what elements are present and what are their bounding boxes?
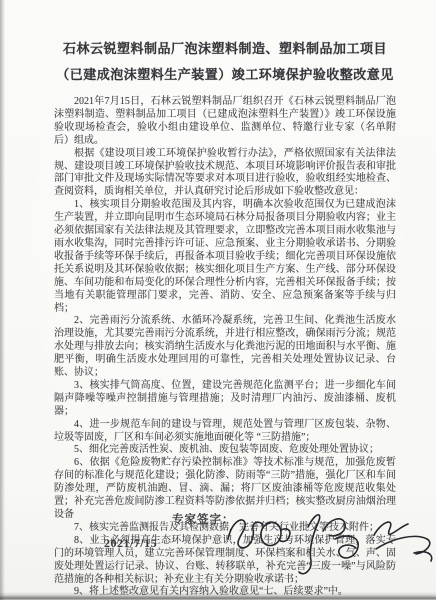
scanned-document-page: 石林云锐塑料制品厂泡沫塑料制造、塑料制品加工项目 （已建成泡沫塑料生产装置）竣工…: [0, 0, 436, 600]
handwritten-signature-2: [299, 515, 358, 574]
document-date: 2021/7/15: [104, 536, 157, 551]
body-paragraph: 9、将上述整改意见有关内容纳入验收意见“七、后续要求”中。: [54, 586, 396, 599]
body-paragraph: 5、细化完善废活性炭、废机油、废包装等固废、危废处理处置协议；: [54, 444, 396, 457]
handwritten-signatures: [218, 503, 436, 581]
handwritten-signature-3: [374, 522, 432, 561]
body-paragraph: 1、核实项目分期验收范围及其内容，明确本次验收范围仅为已建成泡沫生产装置，并立即…: [54, 199, 396, 315]
body-paragraph: 4、进一步规范车间的建设与管理，规范处置与管理厂区废包装、杂物、垃圾等固废，厂区…: [54, 419, 396, 445]
handwritten-signature-1: [228, 520, 290, 548]
body-paragraph: 2、完善雨污分流系统、水循环冷凝系统，完善卫生间、化粪池生活废水治理设施，尤其要…: [54, 315, 396, 380]
body-paragraph: 3、核实排气筒高度、位置，建设完善规范化监测平台；进一步细化车间隔声降噪等噪声控…: [54, 380, 396, 419]
document-title-line1: 石林云锐塑料制品厂泡沫塑料制造、塑料制品加工项目: [54, 36, 396, 62]
document-title: 石林云锐塑料制品厂泡沫塑料制造、塑料制品加工项目 （已建成泡沫塑料生产装置）竣工…: [54, 36, 396, 88]
body-paragraph: 根据《建设项目竣工环境保护验收暂行办法》，严格依照国家有关法律法规、建设项目竣工…: [54, 148, 396, 200]
document-title-line2: （已建成泡沫塑料生产装置）竣工环境保护验收整改意见: [54, 62, 396, 88]
signature-row: 专家签字：: [0, 503, 436, 563]
body-paragraph: 2021年7月15日，石林云锐塑料制品厂组织召开《石林云锐塑料制品厂泡沫塑料制造…: [54, 96, 396, 148]
